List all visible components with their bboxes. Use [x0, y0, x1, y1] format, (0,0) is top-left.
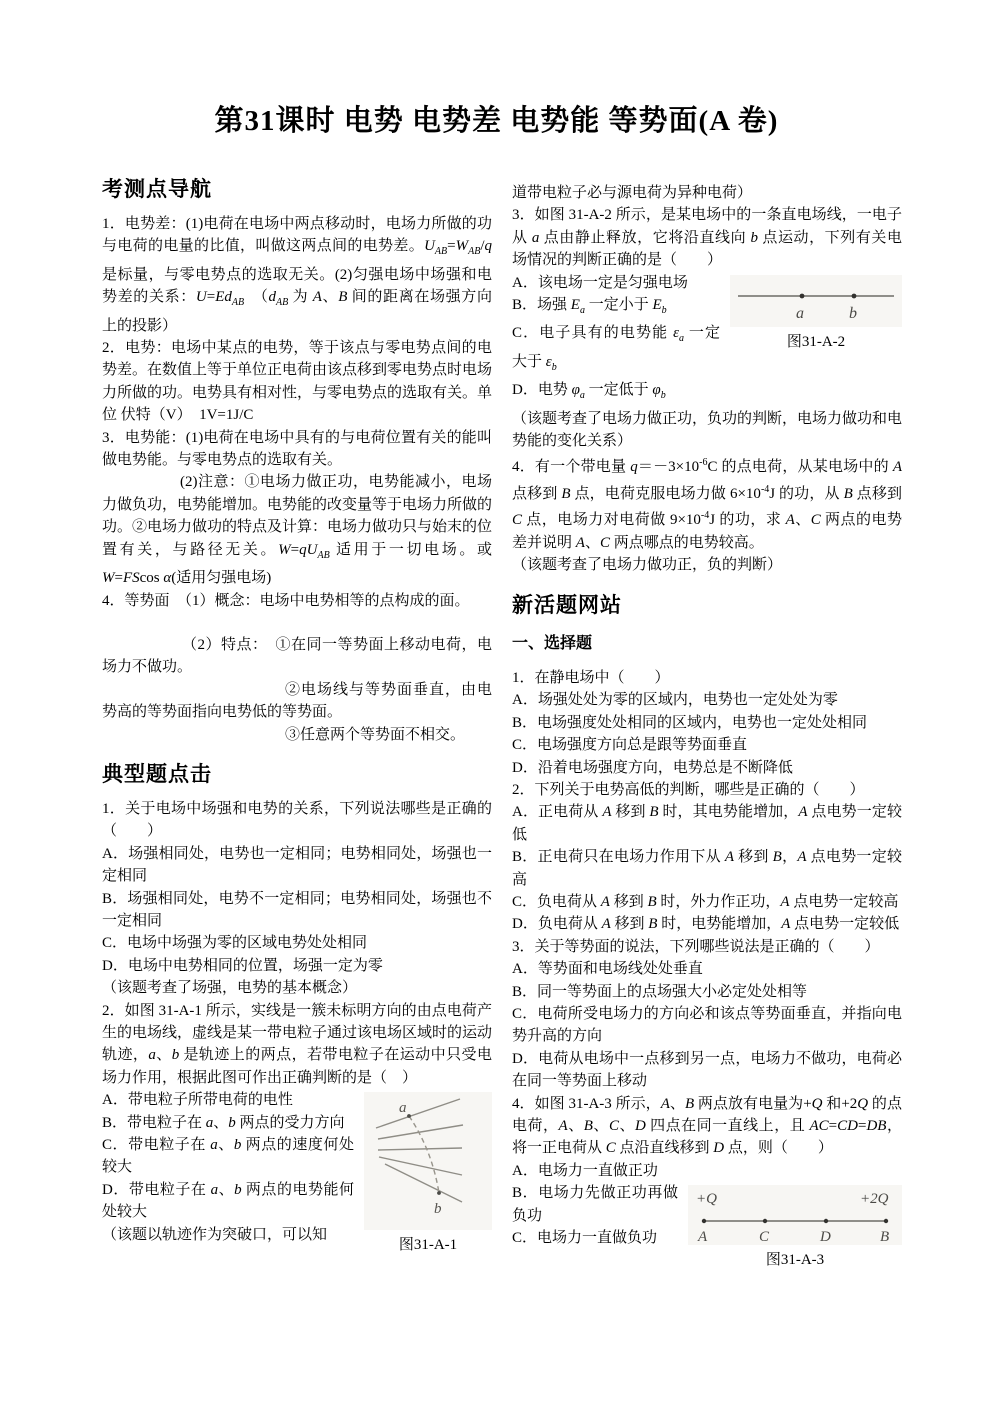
typical-q3-note: （该题考查了电场力做正功，负功的判断，电场力做功和电势能的变化关系）	[512, 408, 902, 453]
point-D-dot	[824, 1219, 828, 1223]
choice-q3-option-c: C．电荷所受电场力的方向必和该点等势面垂直，并指向电势升高的方向	[512, 1003, 902, 1048]
choice-q1-option-d: D．沿着电场强度方向，电势总是不断降低	[512, 757, 902, 779]
point-a-label: a	[399, 1100, 407, 1116]
field-lines	[376, 1099, 463, 1202]
section-heading-new-site: 新活题网站	[512, 593, 902, 619]
subsection-heading-choice: 一、选择题	[512, 633, 902, 655]
typical-q1-note: （该题考查了场强，电势的基本概念）	[102, 977, 492, 999]
choice-q4-stem: 4．如图 31-A-3 所示，A、B 两点放有电量为+Q 和+2Q 的点电荷，A…	[512, 1093, 902, 1160]
point-b-dot	[852, 293, 857, 298]
point-a-label: a	[796, 305, 804, 322]
point-a-dot	[800, 293, 805, 298]
figure-31-A-2: a b 图31-A-2	[730, 275, 902, 352]
right-column: 道带电粒子必与源电荷为异种电荷） 3．如图 31-A-2 所示，是某电场中的一条…	[512, 177, 902, 1272]
typical-q3-option-d: D．电势 φa 一定低于 φb	[512, 379, 902, 407]
section-heading-typical: 典型题点击	[102, 762, 492, 788]
choice-q3-option-a: A．等势面和电场线处处垂直	[512, 958, 902, 980]
point-b-dot	[437, 1191, 441, 1195]
choice-q1-option-c: C．电场强度方向总是跟等势面垂直	[512, 734, 902, 756]
typical-q1-option-d: D．电场中电势相同的位置，场强一定为零	[102, 955, 492, 977]
charge-right-label: +2Q	[860, 1191, 889, 1207]
guide-point-4-feature-2: ②电场线与等势面垂直，由电势高的等势面指向电势低的等势面。	[102, 679, 492, 724]
typical-q4-stem: 4．有一个带电量 q＝－3×10-6C 的点电荷，从某电场中的 A 点移到 B …	[512, 452, 902, 554]
point-A-dot	[702, 1219, 706, 1223]
choice-q2-stem: 2．下列关于电势高低的判断，哪些是正确的（ ）	[512, 779, 902, 801]
figure-31-A-3: +Q +2Q A C D B 图31-A-3	[688, 1185, 902, 1270]
trajectory-dashed-curve	[409, 1116, 439, 1193]
point-b-label: b	[849, 305, 857, 322]
typical-q3-stem: 3．如图 31-A-2 所示，是某电场中的一条直电场线，一电子从 a 点由静止释…	[512, 204, 902, 271]
choice-q1-stem: 1．在静电场中（ ）	[512, 667, 902, 689]
point-D-label: D	[819, 1229, 831, 1245]
figure-31-A-1-caption: 图31-A-1	[364, 1235, 492, 1255]
point-a-dot	[407, 1114, 411, 1118]
typical-q1-option-a: A．场强相同处，电势也一定相同；电势相同处，场强也一定相同	[102, 843, 492, 888]
straight-field-line-figure: a b	[730, 275, 902, 327]
point-C-label: C	[759, 1229, 770, 1245]
choice-q1-option-a: A．场强处处为零的区域内，电势也一定处处为零	[512, 689, 902, 711]
typical-q1-option-b: B．场强相同处，电势不一定相同；电势相同处，场强也不一定相同	[102, 888, 492, 933]
worksheet-page: 第31课时 电势 电势差 电势能 等势面(A 卷) 考测点导航 1．电势差：(1…	[0, 0, 993, 1404]
guide-point-3-note: (2)注意：①电场力做正功，电势能减小，电场力做负功，电势能增加。电势能的改变量…	[102, 471, 492, 589]
guide-point-2: 2．电势：电场中某点的电势，等于该点与零电势点间的电势差。在数值上等于单位正电荷…	[102, 337, 492, 427]
choice-q4-option-a: A．电场力一直做正功	[512, 1160, 902, 1182]
point-B-dot	[884, 1219, 888, 1223]
typical-q1-stem: 1．关于电场中场强和电势的关系，下列说法哪些是正确的（ ）	[102, 798, 492, 843]
figure-31-A-2-caption: 图31-A-2	[730, 332, 902, 352]
choice-q2-option-c: C．负电荷从 A 移到 B 时，外力作正功，A 点电势一定较高	[512, 891, 902, 913]
choice-q3-option-b: B．同一等势面上的点场强大小必定处处相等	[512, 981, 902, 1003]
choice-q3-option-d: D．电荷从电场中一点移到另一点，电场力不做功，电荷必在同一等势面上移动	[512, 1048, 902, 1093]
figure-31-A-1: a b 图31-A-1	[364, 1092, 492, 1255]
field-lines-figure: a b	[364, 1092, 492, 1230]
left-column: 考测点导航 1．电势差：(1)电荷在电场中两点移动时，电场力所做的功与电荷的电量…	[102, 177, 492, 1257]
point-A-label: A	[697, 1229, 708, 1245]
choice-q1-option-b: B．电场强度处处相同的区域内，电势也一定处处相同	[512, 712, 902, 734]
guide-point-4-feature-1: （2）特点： ①在同一等势面上移动电荷，电场力不做功。	[102, 634, 492, 679]
section-heading-guide: 考测点导航	[102, 177, 492, 203]
figure-31-A-3-caption: 图31-A-3	[688, 1250, 902, 1270]
point-b-label: b	[434, 1201, 442, 1217]
two-column-layout: 考测点导航 1．电势差：(1)电荷在电场中两点移动时，电场力所做的功与电荷的电量…	[0, 177, 993, 1272]
typical-q4-note: （该题考查了电场力做功正，负的判断）	[512, 554, 902, 576]
choice-q2-option-b: B．正电荷只在电场力作用下从 A 移到 B，A 点电势一定较高	[512, 846, 902, 891]
choice-q3-stem: 3．关于等势面的说法，下列哪些说法是正确的（ ）	[512, 936, 902, 958]
typical-q1-option-c: C．电场中场强为零的区域电势处处相同	[102, 932, 492, 954]
choice-q2-option-a: A．正电荷从 A 移到 B 时，其电势能增加，A 点电势一定较低	[512, 801, 902, 846]
point-B-label: B	[880, 1229, 889, 1245]
typical-q2-note-continued: 道带电粒子必与源电荷为异种电荷）	[512, 182, 902, 204]
point-C-dot	[763, 1219, 767, 1223]
guide-point-4: 4．等势面 （1）概念：电场中电势相等的点构成的面。	[102, 590, 492, 612]
guide-point-4-feature-3: ③任意两个等势面不相交。	[102, 724, 492, 746]
guide-point-1: 1．电势差：(1)电荷在电场中两点移动时，电场力所做的功与电荷的电量的比值，叫做…	[102, 213, 492, 337]
charges-line-figure: +Q +2Q A C D B	[688, 1185, 902, 1245]
choice-q2-option-d: D．负电荷从 A 移到 B 时，电势能增加，A 点电势一定较低	[512, 913, 902, 935]
guide-point-3: 3．电势能：(1)电荷在电场中具有的与电荷位置有关的能叫做电势能。与零电势点的选…	[102, 427, 492, 472]
charge-left-label: +Q	[696, 1191, 717, 1207]
page-title: 第31课时 电势 电势差 电势能 等势面(A 卷)	[0, 0, 993, 139]
typical-q2-stem: 2．如图 31-A-1 所示，实线是一簇未标明方向的由点电荷产生的电场线，虚线是…	[102, 1000, 492, 1090]
